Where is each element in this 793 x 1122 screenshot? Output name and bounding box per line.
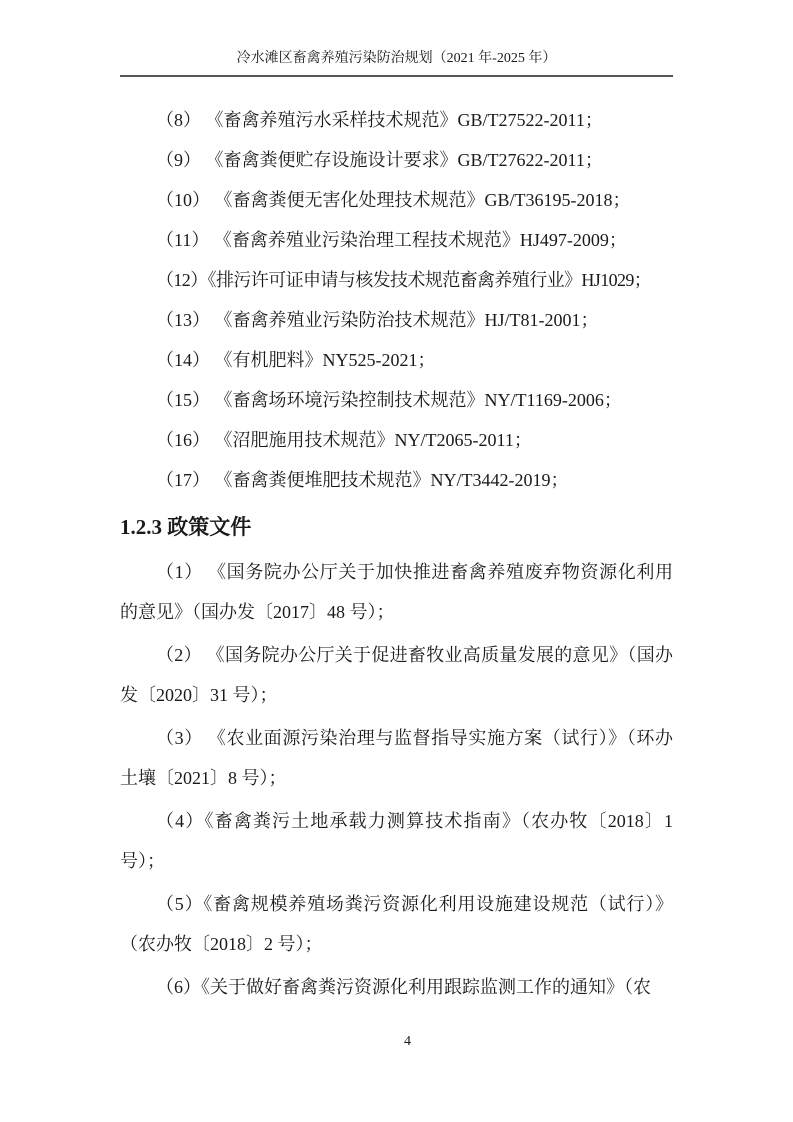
document-body: （8） 《畜禽养殖污水采样技术规范》GB/T27522-2011； （9） 《畜…	[120, 100, 673, 1010]
page-number: 4	[404, 1032, 411, 1052]
standard-item-8: （8） 《畜禽养殖污水采样技术规范》GB/T27522-2011；	[120, 100, 673, 140]
policy-item-2: （2） 《国务院办公厅关于促进畜牧业高质量发展的意见》（国办发〔2020〕31 …	[120, 635, 673, 715]
header-title: 冷水滩区畜禽养殖污染防治规划（2021 年-2025 年）	[0, 49, 793, 69]
policy-item-6: （6）《关于做好畜禽粪污资源化利用跟踪监测工作的通知》（农	[120, 967, 673, 1007]
standard-item-11: （11） 《畜禽养殖业污染治理工程技术规范》HJ497-2009；	[120, 220, 673, 260]
standard-item-14: （14） 《有机肥料》NY525-2021；	[120, 340, 673, 380]
policy-item-3: （3） 《农业面源污染治理与监督指导实施方案（试行）》（环办土壤〔2021〕8 …	[120, 718, 673, 798]
header-rule	[120, 75, 673, 77]
page-footer: 4	[0, 1032, 793, 1052]
policy-item-5: （5）《畜禽规模养殖场粪污资源化利用设施建设规范（试行）》（农办牧〔2018〕2…	[120, 884, 673, 964]
standard-item-17: （17） 《畜禽粪便堆肥技术规范》NY/T3442-2019；	[120, 460, 673, 500]
document-page: 冷水滩区畜禽养殖污染防治规划（2021 年-2025 年） （8） 《畜禽养殖污…	[0, 0, 793, 1122]
standard-item-15: （15） 《畜禽场环境污染控制技术规范》NY/T1169-2006；	[120, 380, 673, 420]
standard-item-12: （12）《排污许可证申请与核发技术规范畜禽养殖行业》HJ1029；	[120, 260, 673, 300]
policy-item-4: （4）《畜禽粪污土地承载力测算技术指南》（农办牧〔2018〕1 号）；	[120, 801, 673, 881]
standard-item-10: （10） 《畜禽粪便无害化处理技术规范》GB/T36195-2018；	[120, 180, 673, 220]
section-heading: 1.2.3 政策文件	[120, 508, 673, 546]
standard-item-13: （13） 《畜禽养殖业污染防治技术规范》HJ/T81-2001；	[120, 300, 673, 340]
policy-item-1: （1） 《国务院办公厅关于加快推进畜禽养殖废弃物资源化利用的意见》（国办发〔20…	[120, 552, 673, 632]
standard-item-16: （16） 《沼肥施用技术规范》NY/T2065-2011；	[120, 420, 673, 460]
standard-item-9: （9） 《畜禽粪便贮存设施设计要求》GB/T27622-2011；	[120, 140, 673, 180]
